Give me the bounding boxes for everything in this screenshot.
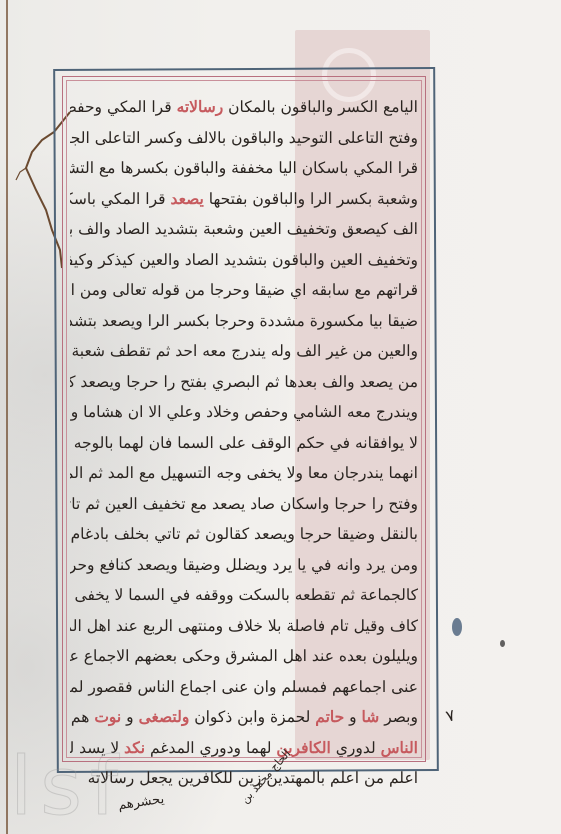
text-line: ويليلون بعده عند اهل المشرق وحكى بعضهم ا… (70, 641, 418, 672)
text-line: وبصر شا و حاتم لحمزة وابن ذكوان ولتصغى و… (70, 702, 418, 733)
text-line: قرا المكي باسكان اليا مخففة والباقون بكس… (70, 153, 418, 184)
text-line: عنى اجماعهم فمسلم وان عنى اجماع الناس فق… (70, 672, 418, 703)
rubric-word: حاتم (315, 707, 344, 726)
text-line: وفتح التاعلى التوحيد والباقون بالالف وكس… (70, 123, 418, 154)
text-line: انهما يندرجان معا ولا يخفى وجه التسهيل م… (70, 458, 418, 489)
text-line: كاف وقيل تام فاصلة بلا خلاف ومنتهى الربع… (70, 611, 418, 642)
text-line: وتخفيف العين والباقون بتشديد الصاد والعي… (70, 245, 418, 276)
folio-number: ٧ (444, 705, 457, 726)
manuscript-text-block: اليامع الكسر والباقون بالمكان رسالاته قر… (70, 92, 418, 794)
rubric-word: الناس (381, 738, 418, 757)
text-line: كالجماعة ثم تقطعه بالسكت ووقفه في السما … (70, 580, 418, 611)
text-line: لا يوافقانه في حكم الوقف على السما فان ل… (70, 428, 418, 459)
text-line: والعين من غير الف وله يندرج معه احد ثم ت… (70, 336, 418, 367)
ink-blot (452, 618, 462, 636)
text-line: ومن يرد وانه في يا يرد ويضلل وضيقا ويصعد… (70, 550, 418, 581)
ink-blot (500, 640, 505, 647)
manuscript-page: اليامع الكسر والباقون بالمكان رسالاته قر… (0, 0, 561, 834)
text-line: اليامع الكسر والباقون بالمكان رسالاته قر… (70, 92, 418, 123)
binding-edge (6, 0, 8, 834)
text-line: من يصعد والف بعدها ثم البصري بفتح را حرج… (70, 367, 418, 398)
rubric-word: يصعد (170, 189, 203, 208)
watermark-text: lsf (10, 740, 126, 833)
rubric-word: نكد (124, 738, 145, 757)
text-line: وفتح را حرجا واسكان صاد يصعد مع تخفيف ال… (70, 489, 418, 520)
rubric-word: ولتصغى (139, 707, 190, 726)
text-line: بالنقل وضيقا حرجا ويصعد كقالون ثم تاتي ب… (70, 519, 418, 550)
rubric-word: شا (362, 707, 380, 726)
text-line: ويندرج معه الشامي وحفص وخلاد وعلي الا ان… (70, 397, 418, 428)
text-line: الف كيصعق وتخفيف العين وشعبة بتشديد الصا… (70, 214, 418, 245)
text-line: ضيقا بيا مكسورة مشددة وحرجا بكسر الرا وي… (70, 306, 418, 337)
text-line: وشعبة بكسر الرا والباقون بفتحها يصعد قرا… (70, 184, 418, 215)
rubric-word: رسالاته (177, 97, 224, 116)
text-line: قراتهم مع سابقه اي ضيقا وحرجا من قوله تع… (70, 275, 418, 306)
rubric-word: نوت (94, 707, 121, 726)
